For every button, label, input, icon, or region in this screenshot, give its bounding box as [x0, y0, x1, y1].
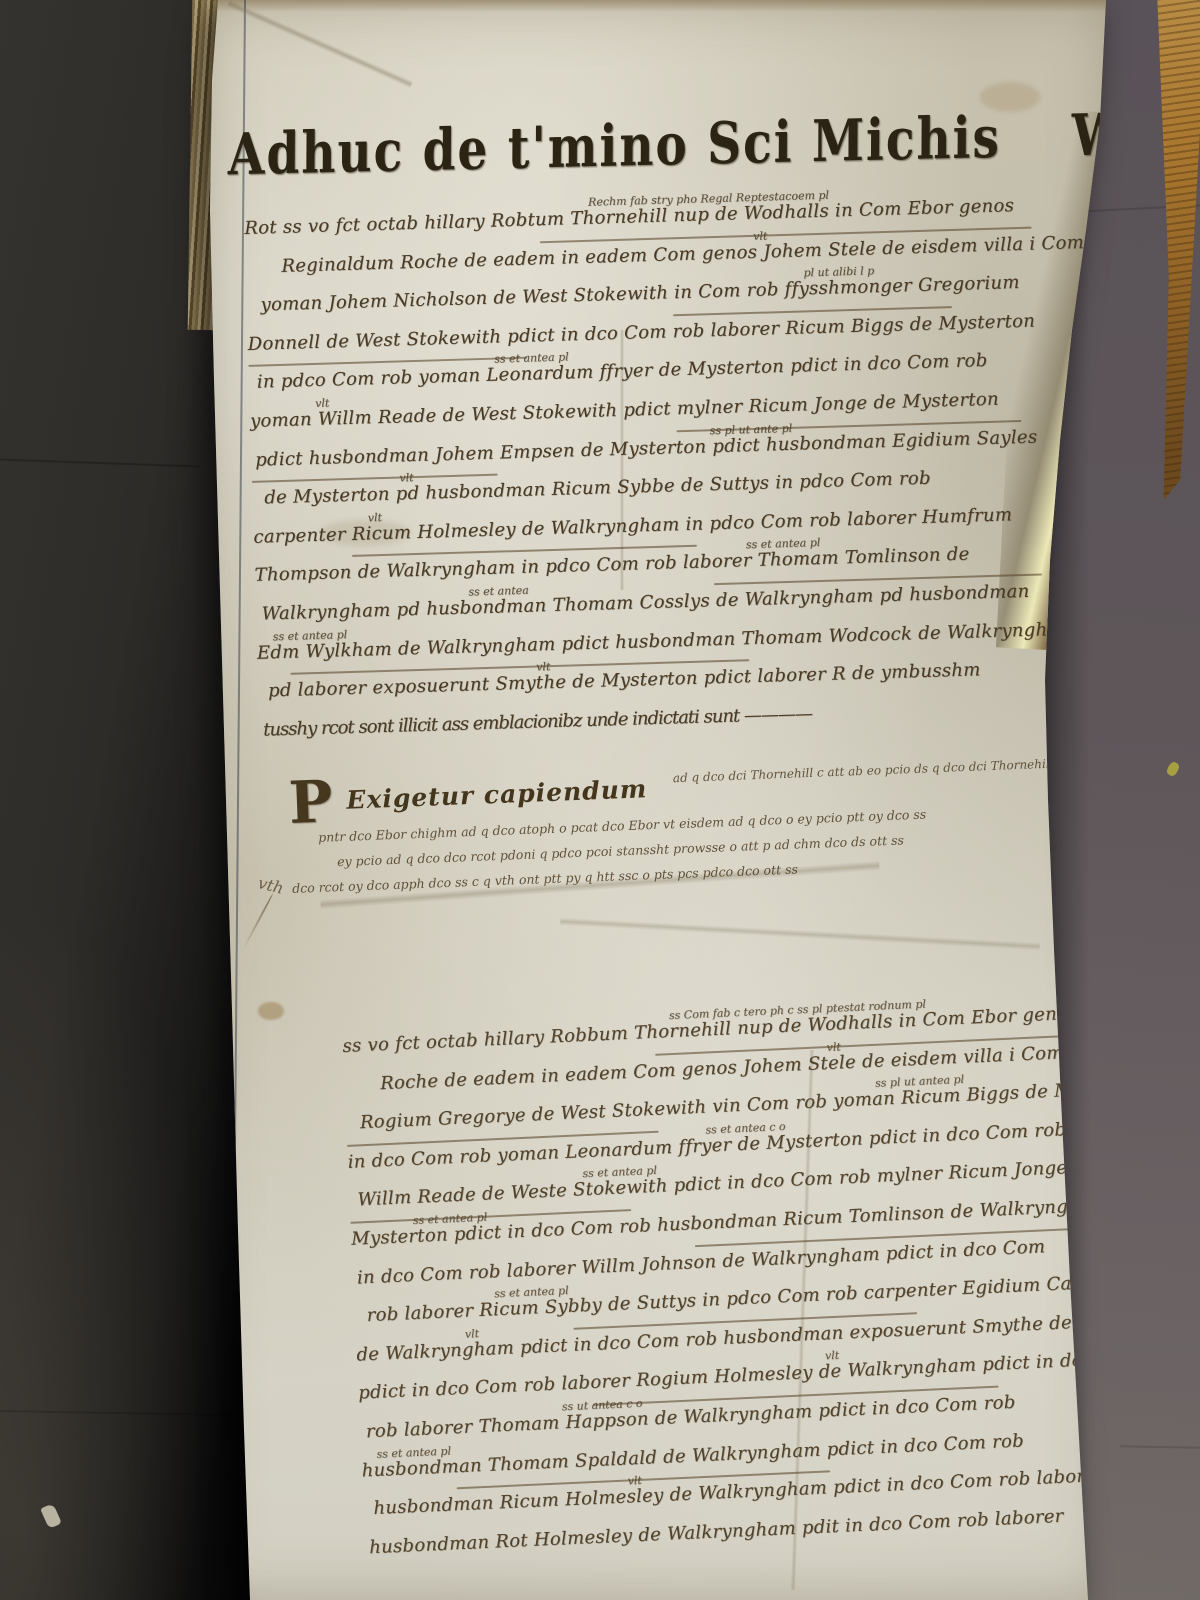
paraph-initial: P: [288, 778, 333, 826]
margin-tick-mark: ”: [212, 820, 219, 835]
manuscript-photograph: Adhuc de t'mino Sci Michis Whyte Rechm f…: [0, 0, 1200, 1600]
ink-stain: [258, 1002, 284, 1020]
page-top-edge: [200, 0, 1112, 12]
entry-paragraph-1: Rechm fab stry pho Regal Reptestacoem pl…: [244, 194, 1080, 758]
entry-paragraph-2: ss Com fab c tero ph c ss pl ptestat rod…: [342, 1001, 1146, 1576]
roll-heading: Adhuc de t'mino Sci Michis Whyte: [227, 109, 1058, 183]
parchment-page: Adhuc de t'mino Sci Michis Whyte Rechm f…: [200, 0, 1112, 1600]
parchment-page-wrap: Adhuc de t'mino Sci Michis Whyte Rechm f…: [200, 0, 1112, 1600]
process-note-title: Exigetur capiendum: [346, 774, 648, 815]
interlinear-insertion: vlt: [753, 229, 768, 242]
